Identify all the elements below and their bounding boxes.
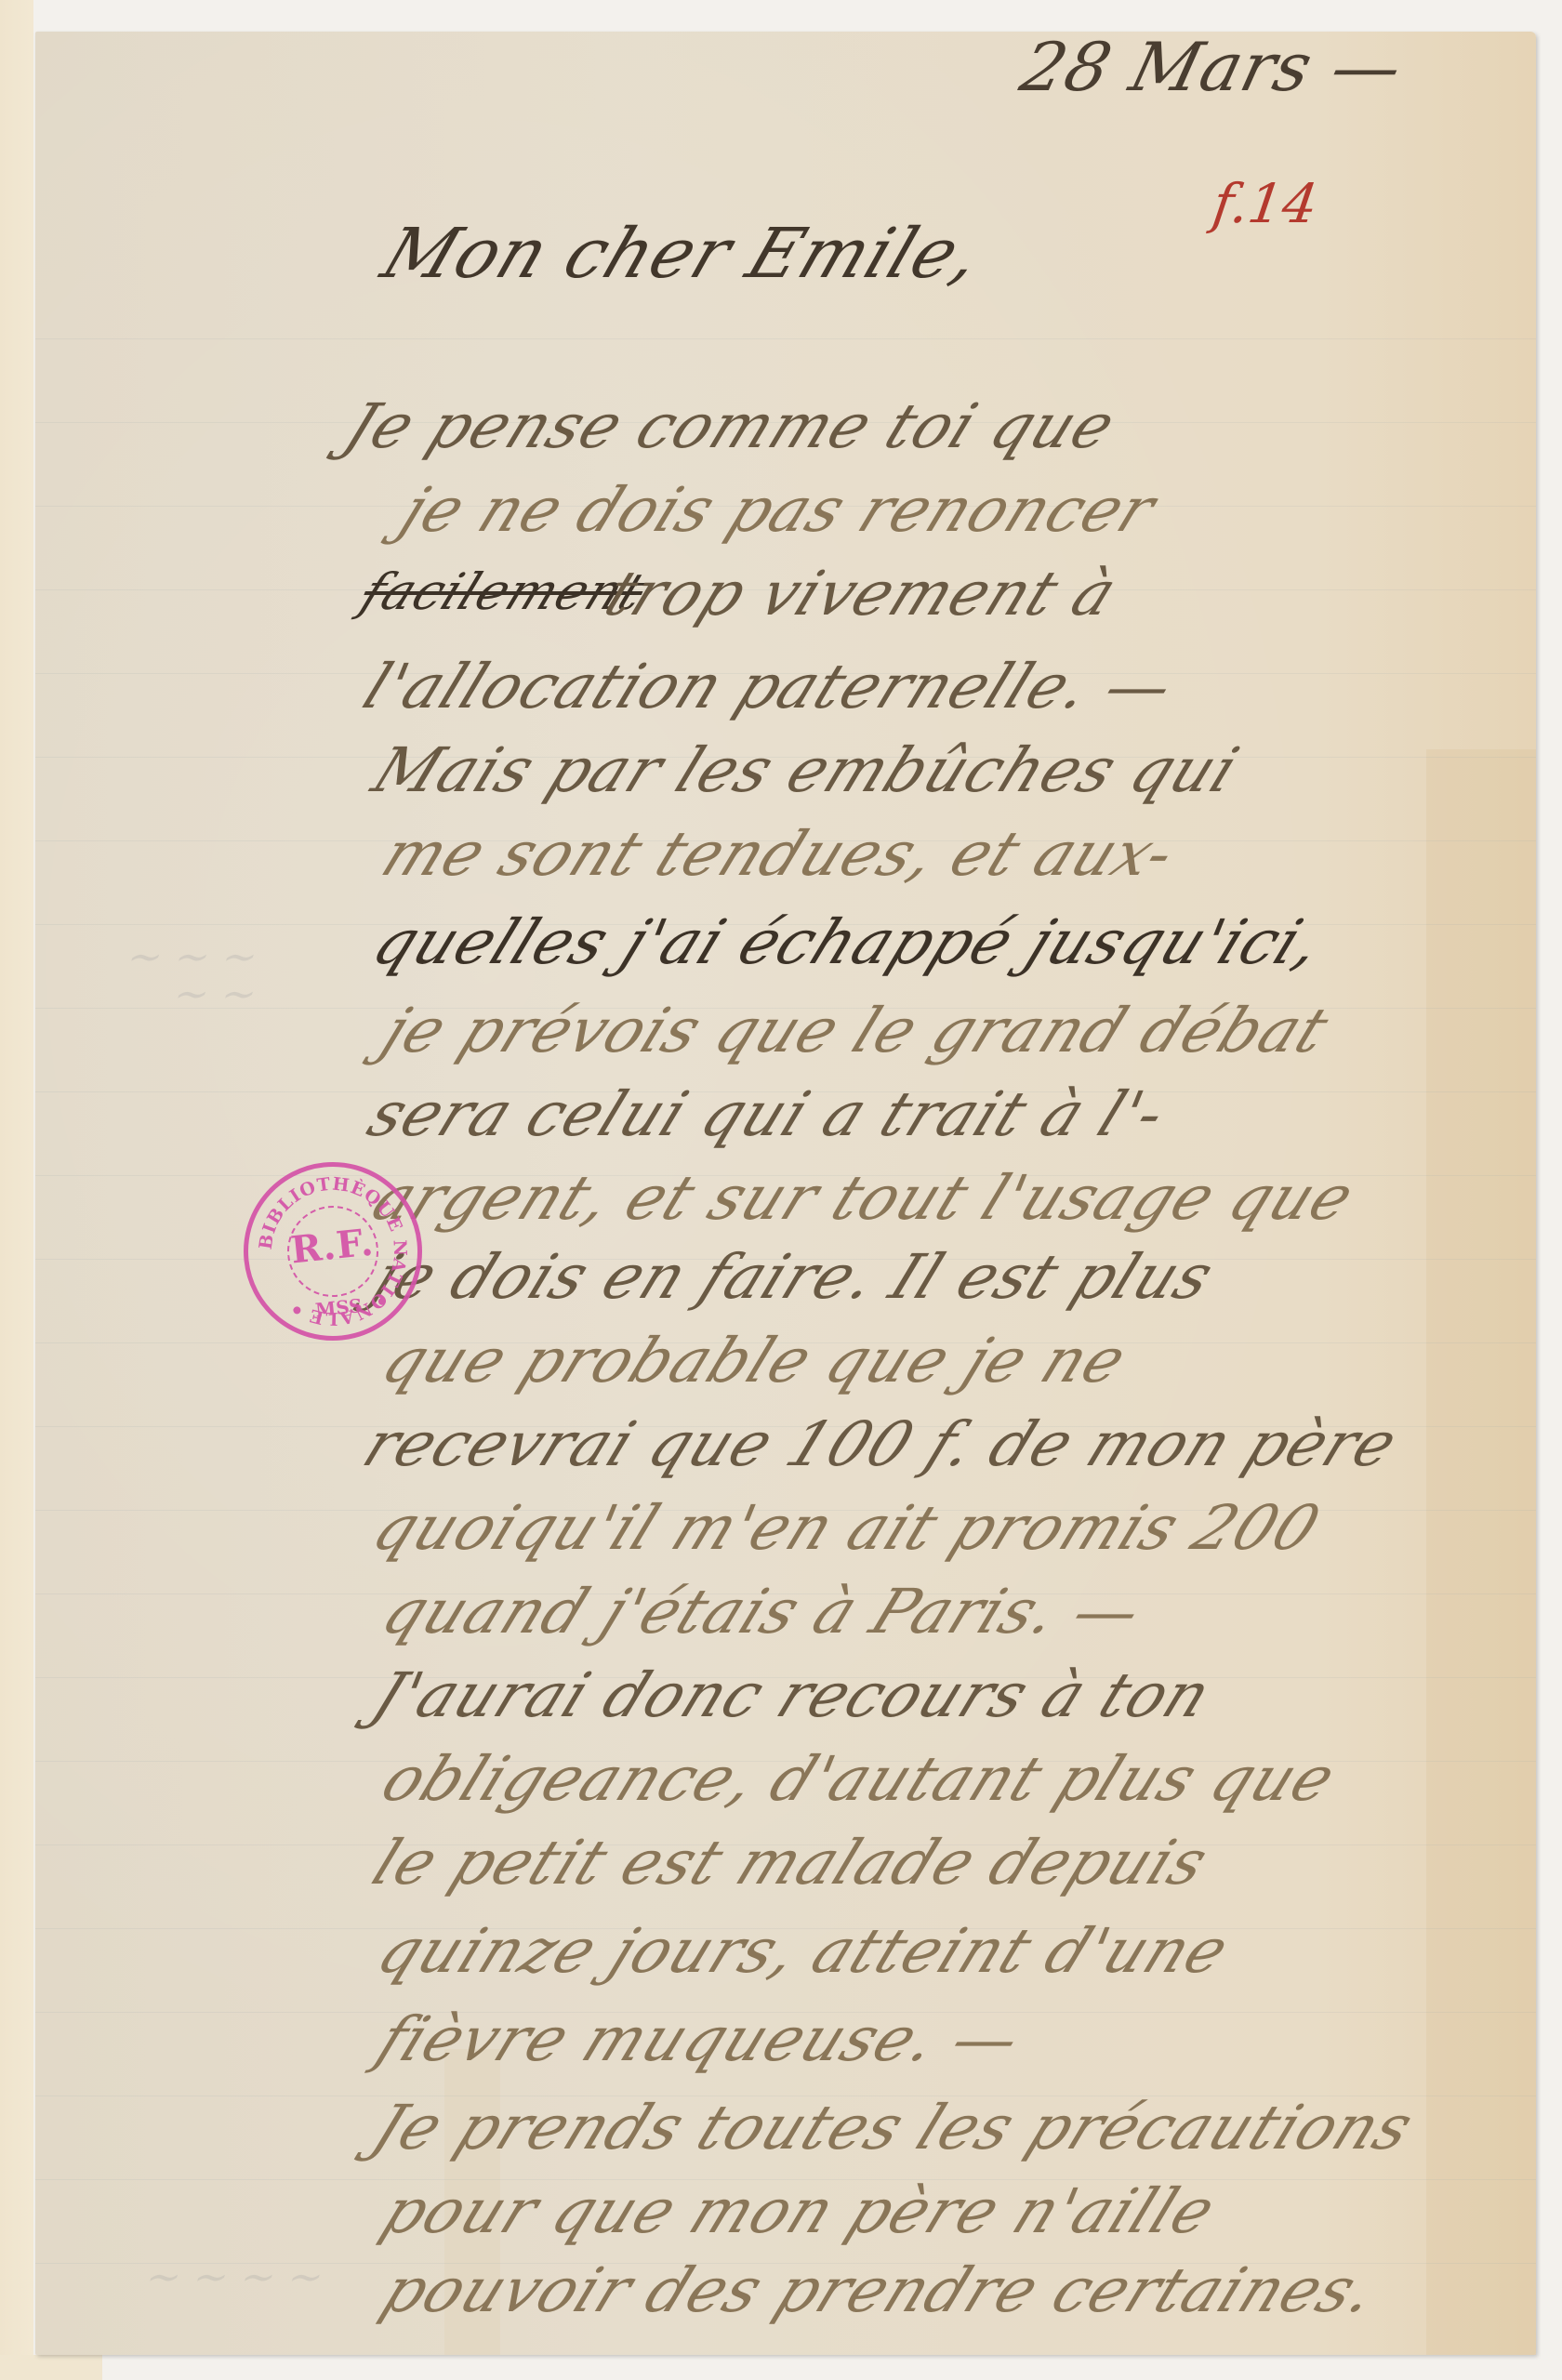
- letter-date: 28 Mars —: [1013, 28, 1410, 106]
- letter-line: me sont tendues, et aux-: [372, 818, 1186, 890]
- folio-number: f.14: [1209, 172, 1321, 235]
- letter-line: sera celui qui a trait à l'-: [358, 1078, 1177, 1150]
- letter-line: fièvre muqueuse. —: [367, 2003, 1032, 2075]
- letter-line: obligeance, d'autant plus que: [372, 1743, 1346, 1815]
- letter-line: pouvoir des prendre certaines.: [372, 2254, 1388, 2326]
- letter-line: quinze jours, atteint d'une: [367, 1915, 1239, 1987]
- letter-line: quelles j'ai échappé jusqu'ici,: [363, 906, 1333, 978]
- letter-line: je ne dois pas renoncer: [390, 474, 1166, 546]
- letter-line: trop vivement à: [595, 558, 1128, 629]
- letter-line: J'aurai donc recours à ton: [363, 1659, 1222, 1731]
- mounting-strip-bottom: [0, 2355, 102, 2380]
- letter-line: recevrai que 100 f. de mon père: [353, 1408, 1409, 1480]
- show-through-writing: ~ ~ ~ ~: [139, 2254, 331, 2301]
- letter-line: argent, et sur tout l'usage que: [363, 1162, 1365, 1234]
- ruled-line: [35, 338, 1536, 339]
- letter-line: que probable que je ne: [372, 1325, 1137, 1396]
- letter-line: l'allocation paternelle. —: [353, 651, 1185, 722]
- library-stamp: BIBLIOTHÈQUE NATIONALE R.F. MSS: [234, 1153, 430, 1349]
- letter-line: pour que mon père n'aille: [372, 2175, 1226, 2247]
- mounting-strip: [0, 0, 33, 2380]
- letter-line: Mais par les embûches qui: [363, 734, 1250, 806]
- letter-line: je prévois que le grand débat: [372, 995, 1340, 1066]
- letter-line: je dois en faire. Il est plus: [363, 1241, 1224, 1313]
- letter-line: le petit est malade depuis: [363, 1827, 1219, 1898]
- letter-line: quand j'étais à Paris. —: [372, 1576, 1153, 1647]
- letter-line: quoiqu'il m'en ait promis 200: [363, 1492, 1330, 1564]
- show-through-writing: ~ ~: [167, 971, 264, 1018]
- paper-stain-right: [1426, 749, 1536, 2355]
- salutation: Mon cher Emile,: [372, 214, 993, 294]
- letter-line: Je prends toutes les précautions: [363, 2092, 1424, 2163]
- letter-line: Je pense comme toi que: [335, 390, 1126, 462]
